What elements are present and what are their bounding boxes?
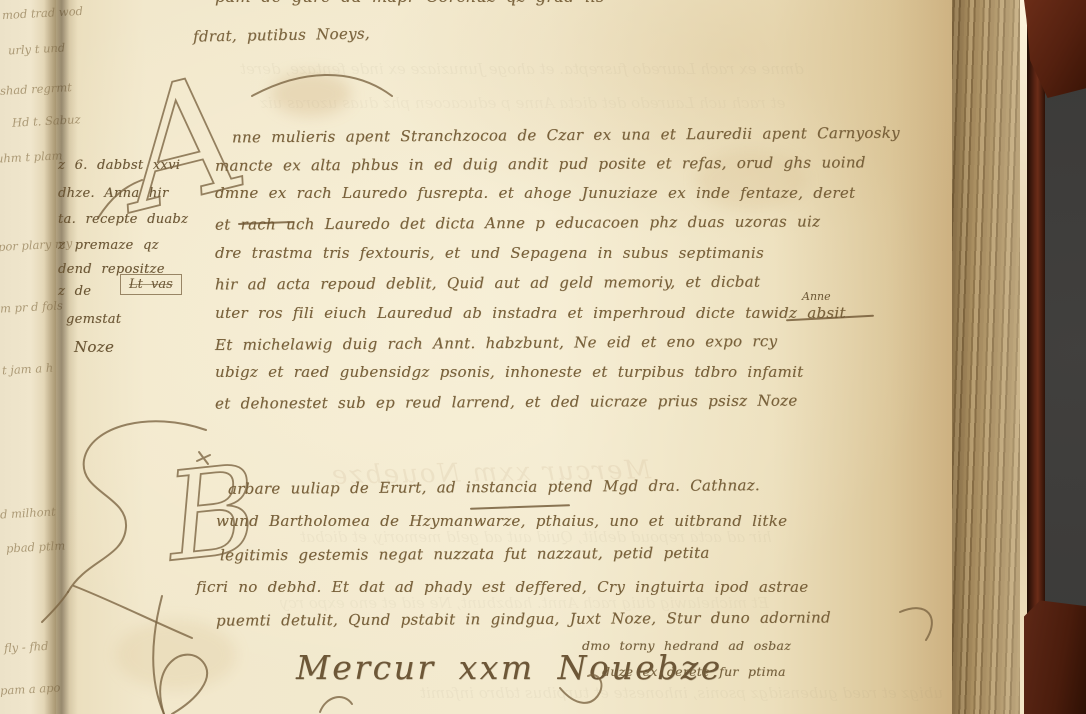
manuscript-photo: dmne ex rach Lauredo fusrepta. et ahoge … (0, 0, 1086, 714)
paper-stain (271, 72, 351, 116)
paper-stain (116, 620, 236, 690)
gutter-crease-shadow (44, 0, 78, 714)
paper-stain (696, 150, 806, 210)
page-edge-texture (950, 0, 1024, 714)
manuscript-page (56, 0, 952, 714)
leather-cover-bottom-corner (1024, 598, 1086, 714)
left-page-fragment: fly - fhd (4, 639, 49, 655)
